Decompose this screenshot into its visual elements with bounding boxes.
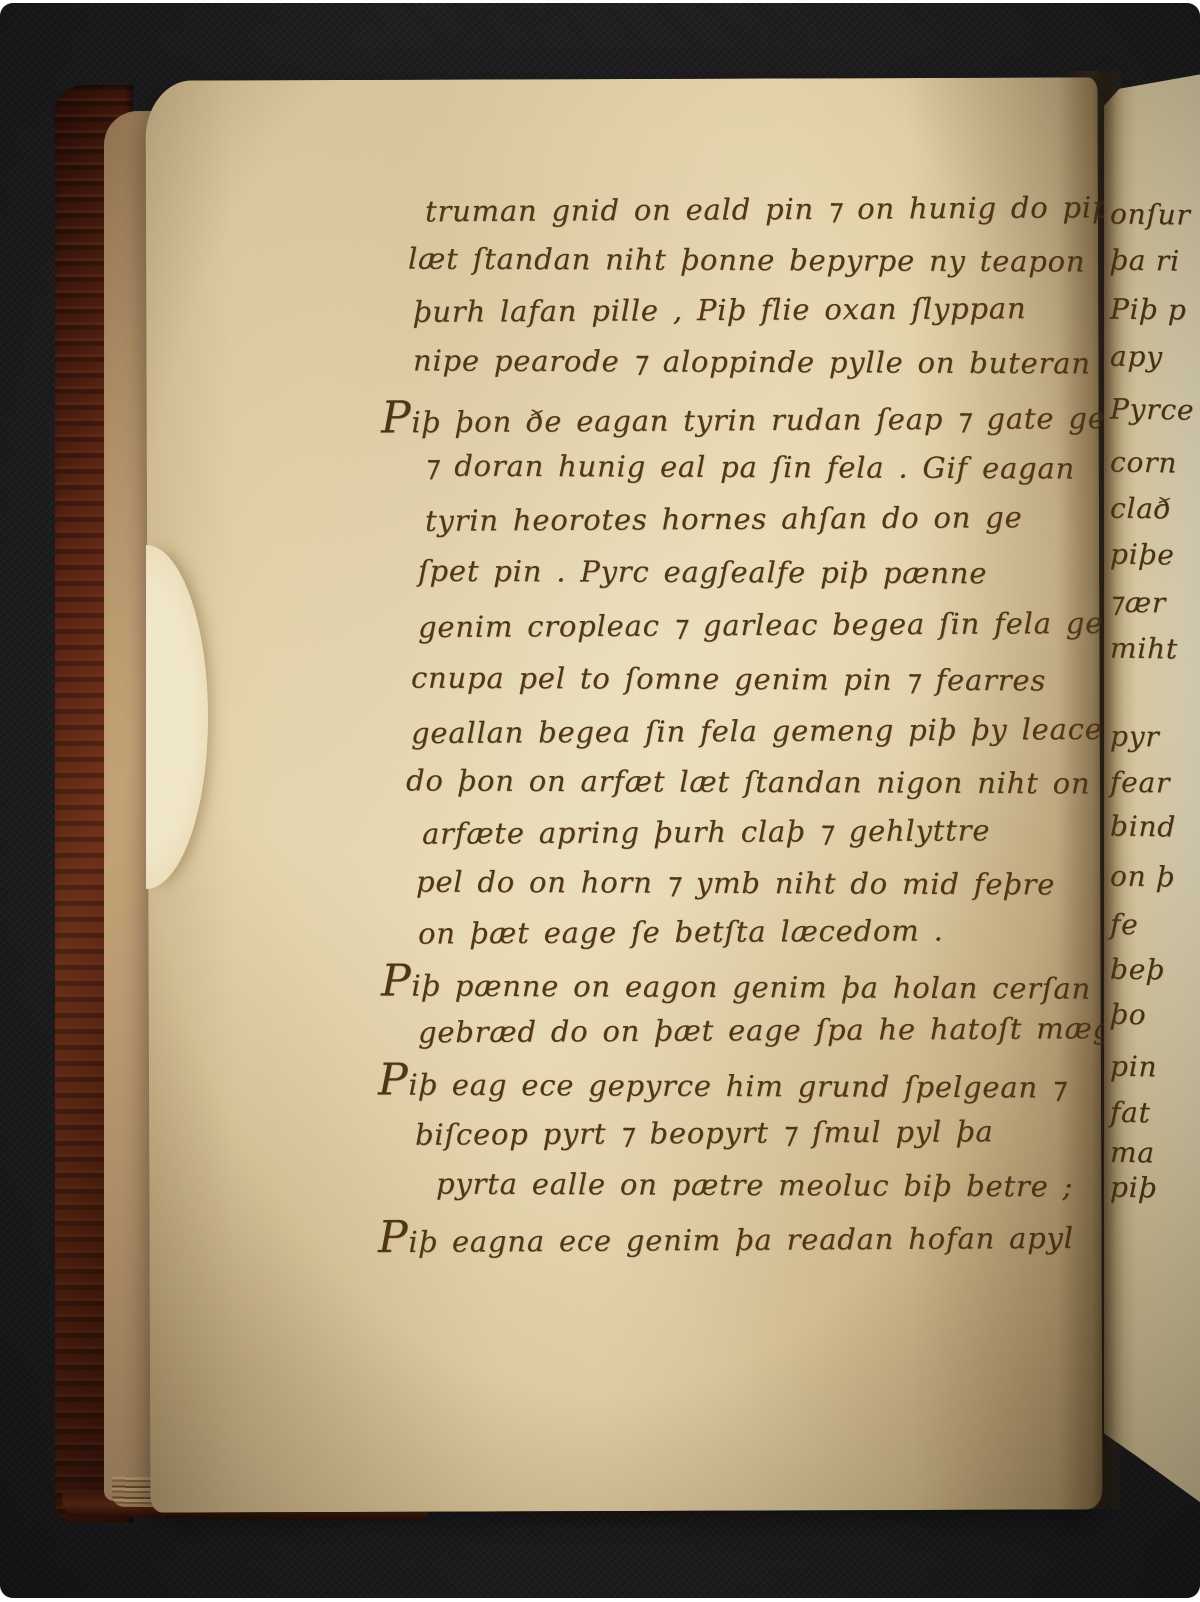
manuscript-photo-stage: truman gnid on eald pin ⁊ on hunig do pi… xyxy=(0,0,1200,1602)
manuscript-line: arfæte apring þurh claþ ⁊ gehlyttre xyxy=(422,816,990,848)
manuscript-line: ⁊ doran hunig eal pa ſin fela . Gif eaga… xyxy=(425,452,1075,484)
manuscript-line: do þon on arfæt læt ſtandan nigon niht o… xyxy=(406,766,1142,798)
manuscript-line-fragment: pin xyxy=(1110,1053,1158,1082)
manuscript-line-fragment: fear xyxy=(1110,769,1171,798)
manuscript-line-fragment: pyr xyxy=(1110,723,1160,752)
manuscript-line: biſceop pyrt ⁊ beopyrt ⁊ ſmul pyl þa xyxy=(415,1117,994,1150)
manuscript-line: nipe pearode ⁊ aloppinde pylle on butera… xyxy=(413,346,1140,378)
manuscript-line-fragment: fe xyxy=(1110,911,1139,939)
manuscript-line-fragment: þa ri xyxy=(1110,247,1180,276)
manuscript-line-fragment: clað xyxy=(1110,495,1172,524)
manuscript-line: pyrta ealle on pætre meoluc biþ betre ; xyxy=(436,1170,1073,1202)
manuscript-line-fragment: miht xyxy=(1110,635,1178,664)
manuscript-line: læt ſtandan niht þonne bepyrpe ny teapon xyxy=(408,245,1085,277)
manuscript-line-fragment: piþe xyxy=(1110,541,1175,570)
manuscript-line-fragment: Piþ p xyxy=(1110,295,1187,324)
photo-backdrop: truman gnid on eald pin ⁊ on hunig do pi… xyxy=(0,3,1200,1598)
manuscript-line: Piþ eagna ece genim þa readan hofan apyl xyxy=(378,1217,1074,1257)
manuscript-line: Piþ þon ðe eagan tyrin rudan ſeap ⁊ gate… xyxy=(381,397,1182,438)
manuscript-book: truman gnid on eald pin ⁊ on hunig do pi… xyxy=(0,3,1200,1598)
manuscript-line: Piþ eag ece gepyrce him grund ſpelgean ⁊ xyxy=(378,1063,1067,1102)
right-page-partial: onſur þa ri Piþ p apy Pyrce corn clað pi… xyxy=(1104,73,1200,1505)
manuscript-line-fragment: corn xyxy=(1110,449,1178,478)
manuscript-line-fragment: ⁊ær xyxy=(1110,589,1166,618)
manuscript-line-fragment: beþ xyxy=(1110,956,1165,985)
manuscript-line: ſpet pin . Pyrc eagſealfe piþ pænne xyxy=(418,557,987,588)
manuscript-line-fragment: bind xyxy=(1110,813,1176,842)
manuscript-line: gebræd do on þæt eage ſpa he hatoſt mæge… xyxy=(418,1014,1179,1048)
manuscript-line: tyrin heorotes hornes ahſan do on ge xyxy=(425,503,1023,536)
manuscript-line-fragment: onſur xyxy=(1110,200,1191,229)
manuscript-line: genim cropleac ⁊ garleac begea ſin fela … xyxy=(418,609,1103,642)
manuscript-line-fragment: þo xyxy=(1110,1001,1147,1030)
manuscript-line-fragment: on þ xyxy=(1110,863,1175,892)
manuscript-line: truman gnid on eald pin ⁊ on hunig do pi… xyxy=(425,193,1189,227)
manuscript-line: on þæt eage ſe betſta læcedom . xyxy=(418,916,944,948)
manuscript-line: þurh lafan pille , Piþ flie oxan ſlyppan xyxy=(413,294,1027,327)
manuscript-line-fragment: ma xyxy=(1110,1139,1155,1168)
manuscript-line: geallan begea ſin fela gemeng piþ þy lea… xyxy=(411,715,1103,748)
manuscript-line-fragment: apy xyxy=(1110,343,1163,372)
manuscript-line-fragment: piþ xyxy=(1110,1174,1158,1203)
manuscript-line-fragment: fat xyxy=(1110,1099,1151,1128)
manuscript-line: pel do on horn ⁊ ymb niht do mid feþre xyxy=(416,868,1055,900)
manuscript-line-fragment: Pyrce xyxy=(1110,395,1195,424)
manuscript-line: Piþ pænne on eagon genim þa holan cerſan xyxy=(381,964,1091,1003)
manuscript-line: cnupa pel to ſomne genim pin ⁊ fearres xyxy=(411,664,1046,696)
